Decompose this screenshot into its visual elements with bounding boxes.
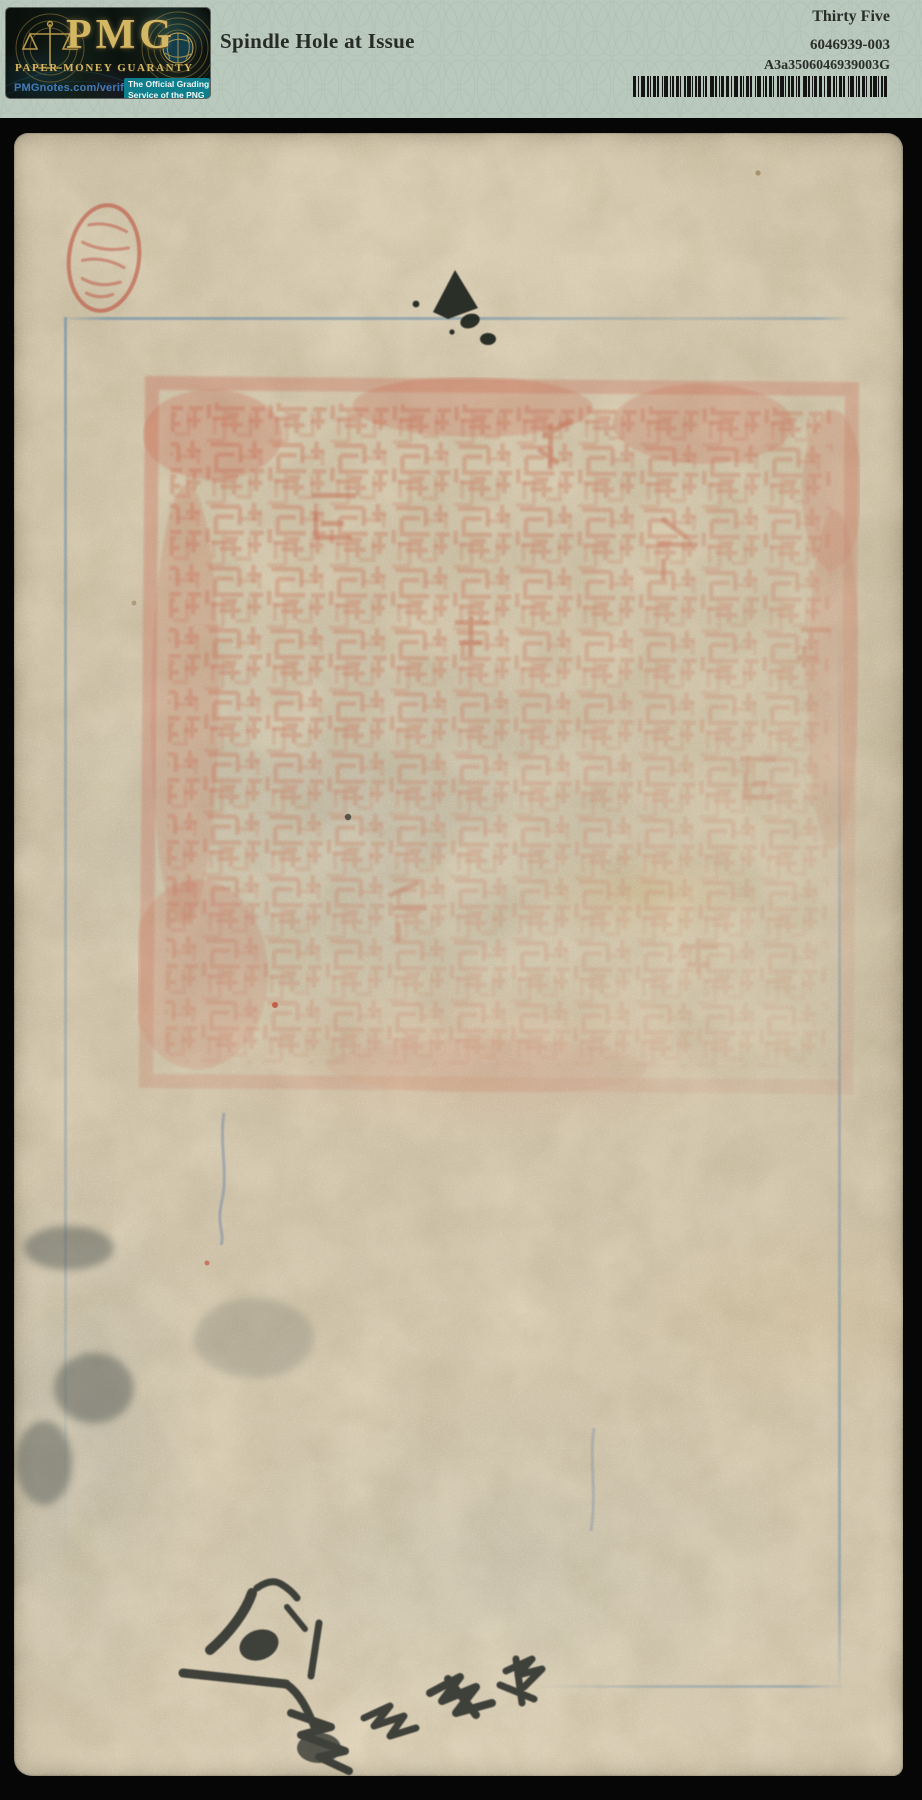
official-line1: The Official Grading: [128, 79, 209, 89]
ink-marks-overlay: [14, 133, 903, 1776]
grade-text: Thirty Five: [812, 8, 890, 26]
pmg-hologram-sticker: PMG PAPER MONEY GUARANTY PMGnotes.com/ve…: [6, 8, 210, 98]
pmg-verify-url: PMGnotes.com/verify: [14, 82, 130, 94]
cert-number: A3a3506046939003G: [764, 58, 890, 74]
calligraphy-endorsement: [183, 1582, 542, 1771]
serial-number: 6046939-003: [810, 37, 890, 54]
banknote-back: [14, 133, 903, 1776]
pmg-label: PMG PAPER MONEY GUARANTY PMGnotes.com/ve…: [0, 0, 922, 118]
edge-smudges: [16, 1226, 314, 1505]
pmg-logo-text: PMG: [66, 14, 176, 56]
label-comment: Spindle Hole at Issue: [220, 29, 415, 54]
graded-note-photo: PMG PAPER MONEY GUARANTY PMGnotes.com/ve…: [0, 0, 922, 1800]
official-line2: Service of the PNG: [128, 90, 205, 98]
official-grading-badge: The Official Grading Service of the PNG: [124, 78, 210, 98]
stain-specks: [132, 170, 761, 1265]
spindle-hole-mark: [413, 270, 496, 345]
pmg-tagline: PAPER MONEY GUARANTY: [15, 62, 194, 74]
barcode: [633, 76, 889, 97]
